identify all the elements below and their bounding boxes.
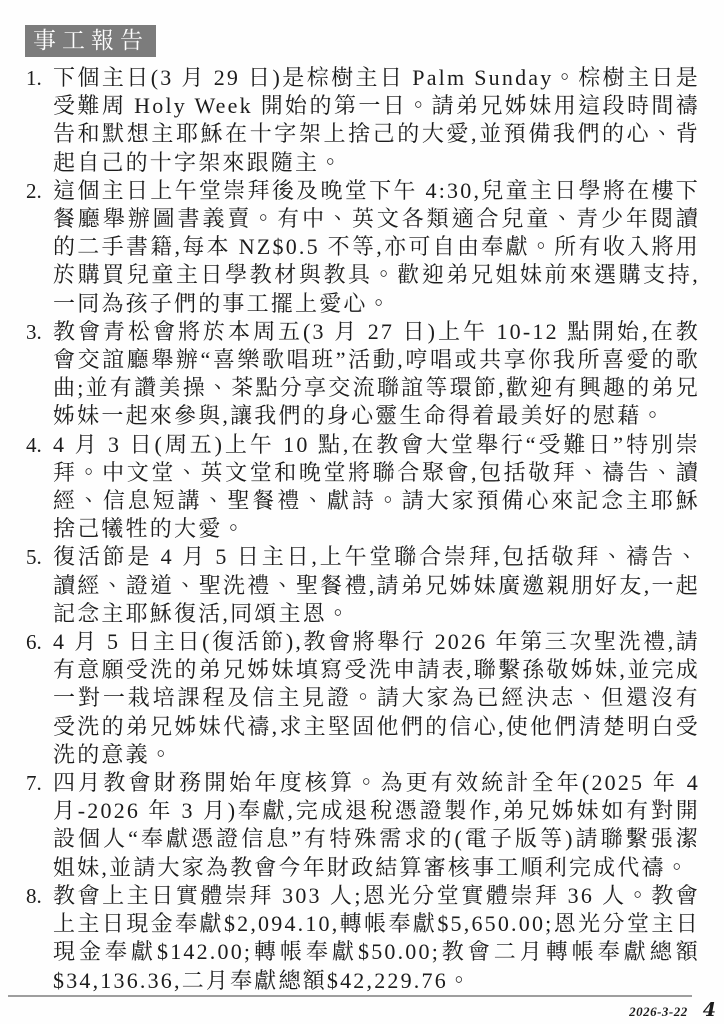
item-text: 4 月 3 日(周五)上午 10 點,在教會大堂舉行“受難日”特別崇拜。中文堂、…: [53, 432, 700, 542]
item-text: 四月教會財務開始年度核算。為更有效統計全年(2025 年 4 月-2026 年 …: [53, 770, 700, 880]
report-item: 4. 4 月 3 日(周五)上午 10 點,在教會大堂舉行“受難日”特別崇拜。中…: [25, 431, 700, 544]
footer-date: 2026-3-22: [629, 1004, 688, 1020]
page-title: 事工報告: [25, 25, 156, 57]
report-list: 1. 下個主日(3 月 29 日)是棕樹主日 Palm Sunday。棕樹主日是…: [25, 64, 700, 995]
item-number: 8.: [26, 882, 42, 910]
report-item: 1. 下個主日(3 月 29 日)是棕樹主日 Palm Sunday。棕樹主日是…: [25, 64, 700, 177]
item-text: 4 月 5 日主日(復活節),教會將舉行 2026 年第三次聖洗禮,請有意願受洗…: [53, 629, 700, 767]
footer-row: 2026-3-22 4: [0, 997, 724, 1021]
report-item: 3. 教會青松會將於本周五(3 月 27 日)上午 10-12 點開始,在教會交…: [25, 318, 700, 431]
report-item: 7. 四月教會財務開始年度核算。為更有效統計全年(2025 年 4 月-2026…: [25, 769, 700, 882]
item-number: 4.: [26, 431, 42, 459]
page-content: 事工報告 1. 下個主日(3 月 29 日)是棕樹主日 Palm Sunday。…: [0, 0, 724, 995]
report-item: 6. 4 月 5 日主日(復活節),教會將舉行 2026 年第三次聖洗禮,請有意…: [25, 628, 700, 769]
item-number: 7.: [26, 769, 42, 797]
report-item: 2. 這個主日上午堂崇拜後及晚堂下午 4:30,兒童主日學將在樓下餐廳舉辦圖書義…: [25, 177, 700, 318]
item-number: 6.: [26, 628, 42, 656]
page-footer: 2026-3-22 4: [0, 995, 724, 1021]
item-number: 1.: [26, 64, 42, 92]
item-number: 2.: [26, 177, 42, 205]
report-item: 8. 教會上主日實體崇拜 303 人;恩光分堂實體崇拜 36 人。教會上主日現金…: [25, 882, 700, 995]
item-number: 5.: [26, 543, 42, 571]
item-text: 教會青松會將於本周五(3 月 27 日)上午 10-12 點開始,在教會交誼廳舉…: [53, 319, 700, 429]
page-number: 4: [703, 999, 716, 1021]
item-text: 復活節是 4 月 5 日主日,上午堂聯合崇拜,包括敬拜、禱告、讀經、證道、聖洗禮…: [53, 544, 700, 625]
document-page: 事工報告 1. 下個主日(3 月 29 日)是棕樹主日 Palm Sunday。…: [0, 0, 724, 1024]
item-number: 3.: [26, 318, 42, 346]
item-text: 教會上主日實體崇拜 303 人;恩光分堂實體崇拜 36 人。教會上主日現金奉獻$…: [53, 883, 700, 993]
report-item: 5. 復活節是 4 月 5 日主日,上午堂聯合崇拜,包括敬拜、禱告、讀經、證道、…: [25, 543, 700, 628]
item-text: 這個主日上午堂崇拜後及晚堂下午 4:30,兒童主日學將在樓下餐廳舉辦圖書義賣。有…: [53, 178, 700, 316]
item-text: 下個主日(3 月 29 日)是棕樹主日 Palm Sunday。棕樹主日是受難周…: [53, 65, 700, 175]
